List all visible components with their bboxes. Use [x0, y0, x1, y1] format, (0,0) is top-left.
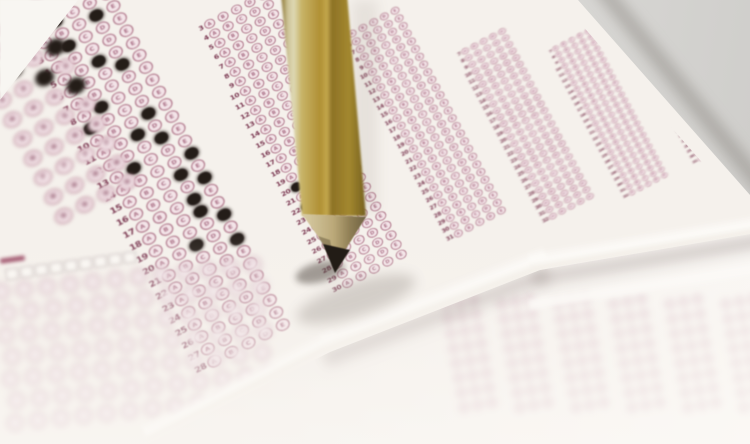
- answer-bubble: C: [648, 29, 655, 36]
- answer-bubble: C: [724, 38, 731, 44]
- second-sheet-bubble: [515, 325, 527, 337]
- id-digit-bubble: 9: [52, 205, 75, 227]
- answer-bubble: B: [720, 46, 727, 52]
- answer-bubble: E: [585, 192, 594, 201]
- answer-bubble: D: [741, 54, 748, 60]
- second-sheet-bubble: [534, 352, 546, 364]
- answer-bubble: A: [661, 88, 668, 95]
- question-number: 9: [698, 34, 704, 40]
- second-sheet-bubble: [557, 328, 569, 340]
- second-sheet-bubble: [473, 323, 485, 335]
- name-grid-bubble: [140, 333, 159, 352]
- answer-bubble: A: [729, 79, 736, 85]
- second-sheet-bubble: [475, 338, 487, 350]
- question-number: 30: [331, 284, 343, 295]
- question-number: 21: [729, 92, 735, 98]
- name-grid-bubble: [52, 409, 71, 428]
- second-sheet-bubble: [705, 367, 717, 379]
- answer-bubble: B: [557, 207, 566, 216]
- answer-bubble: A: [708, 40, 715, 46]
- answer-bubble: E: [743, 40, 750, 46]
- second-sheet-bubble: [682, 402, 694, 414]
- answer-bubble: B: [699, 141, 706, 148]
- question-number: 10: [634, 50, 641, 56]
- question-number: 19: [659, 97, 666, 103]
- second-sheet-bubble: [486, 397, 498, 409]
- answer-bubble: A: [736, 93, 743, 99]
- answer-bubble: D: [652, 176, 660, 184]
- name-grid-bubble: [3, 347, 22, 366]
- answer-bubble: B: [710, 27, 717, 33]
- answer-bubble: B: [746, 94, 750, 100]
- second-sheet-bubble: [651, 382, 663, 394]
- name-grid-bubble: [90, 294, 109, 313]
- answer-bubble: E: [584, 27, 592, 35]
- answer-bubble: E: [698, 88, 705, 95]
- question-number: 27: [680, 138, 687, 144]
- answer-bubble: E: [690, 73, 697, 80]
- answer-bubble: E: [663, 21, 670, 28]
- question-row: 12ABCDE: [706, 24, 750, 55]
- question-number: 26: [678, 133, 685, 139]
- second-sheet-bubble: [579, 370, 591, 382]
- question-number: 26: [742, 116, 748, 122]
- answer-bubble: B: [704, 151, 711, 158]
- name-grid-bubble: [230, 346, 249, 365]
- name-grid-bubble: [145, 377, 164, 396]
- question-number: 8: [628, 40, 635, 46]
- answer-bubble: E: [682, 57, 689, 64]
- second-sheet-bubble: [565, 372, 577, 384]
- second-sheet-bubble: [587, 338, 599, 350]
- name-grid-bubble: [99, 382, 118, 401]
- question-number: 25: [675, 128, 682, 134]
- second-sheet-bubble: [693, 384, 705, 396]
- question-row: 18ABCDE: [721, 53, 750, 84]
- second-sheet-bubble: [624, 387, 636, 399]
- answer-bubble: A: [689, 140, 696, 147]
- name-grid-bubble: [113, 292, 132, 311]
- name-grid-bubble: [30, 389, 49, 408]
- second-sheet-bubble: [738, 402, 750, 414]
- question-number: 24: [737, 106, 743, 112]
- second-sheet-bubble: [710, 397, 722, 409]
- answer-bubble: A: [683, 129, 690, 136]
- question-number: 10: [701, 39, 707, 45]
- second-sheet-bubble: [635, 370, 647, 382]
- question-number: 12: [706, 49, 712, 55]
- answer-bubble: A: [726, 74, 733, 80]
- question-row: 10ABCDE: [701, 15, 750, 46]
- answer-bubble: B: [685, 115, 692, 122]
- answer-bubble: A: [650, 67, 657, 74]
- question-row: 23ABCDE: [734, 77, 750, 108]
- question-number: 16: [716, 68, 722, 74]
- answer-bubble: A: [656, 78, 663, 85]
- second-sheet-bubble: [445, 328, 457, 340]
- name-grid-bubble: [120, 401, 139, 420]
- question-number: 22: [732, 97, 738, 103]
- second-sheet-bubble: [680, 387, 692, 399]
- second-sheet-bubble: [683, 325, 695, 337]
- answer-bubble: A: [714, 50, 721, 56]
- second-sheet-bubble: [654, 397, 666, 409]
- name-grid-bubble: [0, 326, 15, 345]
- answer-bubble: B: [736, 75, 743, 81]
- second-sheet-bubble: [462, 340, 474, 352]
- name-grid-bubble: [6, 413, 25, 432]
- name-grid-box: [20, 266, 34, 279]
- second-sheet-bubble: [696, 399, 708, 411]
- answer-bubble: D: [576, 197, 585, 206]
- answer-bubble: D: [655, 25, 662, 32]
- name-grid-bubble: [49, 343, 68, 362]
- name-grid-bubble: [19, 324, 38, 343]
- question-row: 25ABCDE: [739, 87, 750, 118]
- second-sheet-bubble: [730, 357, 742, 369]
- answer-bubble: A: [678, 119, 685, 126]
- second-sheet-bubble: [643, 338, 655, 350]
- second-sheet-bubble: [667, 313, 679, 325]
- answer-bubble: B: [733, 70, 740, 76]
- second-sheet-bubble: [646, 352, 658, 364]
- second-sheet-bubble: [574, 340, 586, 352]
- answer-bubble: E: [671, 36, 678, 43]
- name-grid-bubble: [15, 280, 34, 299]
- second-sheet-bubble: [512, 311, 524, 323]
- answer-bubble: B: [730, 66, 737, 72]
- answer-bubble: C: [717, 24, 724, 30]
- question-row: 24ABCDE: [736, 82, 750, 113]
- second-sheet-bubble: [697, 323, 709, 335]
- second-sheet-bubble: [456, 387, 468, 399]
- question-row: 11ABCDE: [703, 19, 750, 50]
- question-number: 21: [664, 107, 671, 113]
- answer-bubble: E: [735, 26, 742, 32]
- answer-bubble: B: [741, 85, 748, 91]
- second-sheet-bubble: [598, 397, 610, 409]
- second-sheet-bubble: [736, 311, 748, 323]
- section-header-bar: [0, 255, 25, 263]
- second-sheet-bubble: [518, 340, 530, 352]
- answer-bubble: A: [731, 83, 738, 89]
- answer-bubble: E: [665, 26, 672, 33]
- question-number: 13: [709, 53, 715, 59]
- name-grid-bubble: [138, 355, 157, 374]
- name-grid-bubble: [122, 379, 141, 398]
- second-sheet-bubble: [514, 402, 526, 414]
- answer-bubble: B: [701, 146, 708, 153]
- answer-bubble: E: [740, 36, 747, 42]
- second-sheet-bubble: [694, 308, 706, 320]
- second-sheet-bubble: [692, 293, 704, 305]
- second-sheet-bubble: [632, 355, 644, 367]
- answer-bubble: B: [723, 51, 730, 57]
- name-grid-bubble: [38, 277, 57, 296]
- answer-bubble: B: [743, 90, 750, 96]
- question-number: 12: [639, 61, 646, 67]
- name-grid-bubble: [53, 386, 72, 405]
- id-digit-bubble: 6: [22, 147, 45, 169]
- second-sheet-bubble: [467, 370, 479, 382]
- id-digit-bubble: 7: [53, 155, 76, 177]
- question-number: 23: [734, 101, 740, 107]
- second-sheet-bubble: [702, 352, 714, 364]
- answer-bubble: B: [728, 61, 735, 67]
- second-sheet-bubble: [725, 328, 737, 340]
- name-grid-bubble: [44, 299, 63, 318]
- answer-bubble: C: [651, 34, 658, 41]
- answer-bubble: A: [703, 31, 710, 37]
- question-number: 11: [703, 44, 709, 50]
- question-row: 21ABCDE: [729, 67, 750, 98]
- answer-bubble: E: [679, 52, 686, 59]
- answer-bubble: E: [660, 172, 668, 180]
- answer-bubble: B: [636, 184, 644, 192]
- second-sheet-bubble: [555, 313, 567, 325]
- name-grid-bubble: [94, 338, 113, 357]
- answer-bubble: E: [674, 42, 681, 49]
- second-sheet-bubble: [469, 384, 481, 396]
- name-grid-bubble: [93, 360, 112, 379]
- answer-bubble: C: [727, 43, 734, 49]
- second-sheet-bubble: [630, 340, 642, 352]
- answer-bubble: A: [691, 145, 698, 152]
- answer-bubble: B: [682, 110, 689, 117]
- name-grid-bubble: [111, 314, 130, 333]
- scantron-photo: 1ABCDE2ABCDE3ABCDE4ABCDE5ABCDE6ABCDE7ABC…: [0, 0, 750, 444]
- answer-bubble: A: [548, 212, 557, 221]
- second-sheet-bubble: [593, 367, 605, 379]
- name-grid-bubble: [83, 273, 102, 292]
- name-grid-bubble: [7, 391, 26, 410]
- answer-bubble: D: [726, 25, 733, 31]
- name-grid-bubble: [76, 384, 95, 403]
- answer-bubble: D: [739, 49, 746, 55]
- second-sheet-bubble: [537, 367, 549, 379]
- second-sheet-bubble: [528, 399, 540, 411]
- answer-bubble: C: [567, 202, 576, 211]
- name-grid-bubble: [88, 316, 107, 335]
- question-number: 17: [653, 86, 660, 92]
- answer-bubble: D: [731, 34, 738, 40]
- name-grid-bubble: [29, 411, 48, 430]
- question-row: 15ABCDE: [713, 39, 750, 70]
- name-grid-bubble: [21, 301, 40, 320]
- second-sheet-bubble: [481, 367, 493, 379]
- second-sheet-bubble: [483, 382, 495, 394]
- second-sheet-bubble: [570, 402, 582, 414]
- second-sheet-bubble: [501, 328, 513, 340]
- second-sheet-bubble: [581, 384, 593, 396]
- question-row: 26ABCDE: [741, 91, 750, 122]
- answer-bubble: C: [737, 62, 744, 68]
- question-number: 15: [714, 63, 720, 69]
- second-sheet-bubble: [531, 338, 543, 350]
- second-sheet-bubble: [608, 298, 620, 310]
- second-sheet-bubble: [680, 311, 692, 323]
- answer-bubble: B: [738, 80, 745, 86]
- second-sheet-bubble: [590, 352, 602, 364]
- second-sheet-bubble: [691, 370, 703, 382]
- name-grid-bubble: [0, 282, 11, 301]
- name-grid-bubble: [26, 345, 45, 364]
- second-sheet-bubble: [626, 402, 638, 414]
- answer-bubble: B: [688, 120, 695, 127]
- answer-bubble: A: [739, 98, 746, 104]
- second-sheet-bubble: [595, 382, 607, 394]
- question-number: 11: [637, 55, 644, 61]
- second-sheet-bubble: [723, 313, 735, 325]
- question-row: 22ABCDE: [731, 72, 750, 103]
- second-sheet-bubble: [621, 372, 633, 384]
- second-sheet-bubble: [699, 338, 711, 350]
- answer-bubble: A: [719, 59, 726, 65]
- id-digit-bubble: 8: [63, 175, 86, 197]
- answer-bubble: A: [694, 150, 701, 157]
- second-sheet-bubble: [672, 343, 684, 355]
- answer-bubble: A: [653, 72, 660, 79]
- question-number: 13: [642, 66, 649, 72]
- second-sheet-bubble: [728, 343, 740, 355]
- answer-bubble: E: [738, 31, 745, 37]
- second-sheet-bubble: [638, 308, 650, 320]
- answer-bubble: B: [677, 100, 684, 107]
- second-sheet-bubble: [739, 325, 750, 337]
- answer-bubble: B: [696, 136, 703, 143]
- name-grid-bubble: [61, 275, 80, 294]
- question-number: 19: [724, 82, 730, 88]
- answer-bubble: A: [744, 107, 750, 113]
- second-sheet-bubble: [678, 296, 690, 308]
- second-sheet-bubble: [686, 340, 698, 352]
- answer-bubble: A: [628, 189, 636, 197]
- name-grid-bubble: [97, 404, 116, 423]
- question-number: 31: [445, 234, 455, 243]
- answer-bubble: B: [679, 105, 686, 112]
- second-sheet-bubble: [499, 313, 511, 325]
- second-sheet-bubble: [669, 328, 681, 340]
- second-sheet-bubble: [464, 355, 476, 367]
- question-number: 27: [744, 121, 750, 127]
- second-sheet-bubble: [450, 357, 462, 369]
- second-sheet-bubble: [734, 296, 746, 308]
- answer-bubble: B: [718, 41, 725, 47]
- question-number: 22: [667, 112, 674, 118]
- name-grid-bubble: [134, 312, 153, 331]
- answer-bubble: D: [734, 39, 741, 45]
- answer-bubble: A: [697, 155, 704, 162]
- question-row: 28ABCDE: [747, 101, 750, 132]
- id-digit-bubble: 7: [32, 167, 55, 189]
- answer-bubble: E: [745, 45, 750, 51]
- answer-bubble: D: [666, 45, 673, 52]
- answer-bubble: D: [658, 30, 665, 37]
- answer-bubble: C: [732, 52, 739, 58]
- id-digit-bubble: 4: [1, 109, 24, 131]
- answer-bubble: D: [729, 30, 736, 36]
- second-sheet-bubble: [736, 387, 748, 399]
- answer-bubble: B: [690, 125, 697, 132]
- answer-bubble: A: [672, 109, 679, 116]
- second-sheet-bubble: [733, 372, 745, 384]
- name-grid-bubble: [24, 367, 43, 386]
- answer-bubble: B: [715, 37, 722, 43]
- second-sheet-bubble: [571, 325, 583, 337]
- question-number: 14: [711, 58, 717, 64]
- answer-bubble: A: [686, 134, 693, 141]
- name-grid-bubble: [65, 319, 84, 338]
- second-sheet-bubble: [576, 355, 588, 367]
- answer-bubble: D: [661, 35, 668, 42]
- question-number: 14: [645, 71, 652, 77]
- name-grid-bubble: [1, 370, 20, 389]
- id-digit-bubble: 9: [73, 194, 96, 216]
- second-sheet-bubble: [525, 384, 537, 396]
- question-number: 20: [726, 87, 732, 93]
- second-sheet-bubble: [562, 357, 574, 369]
- second-sheet-bubble: [688, 355, 700, 367]
- second-sheet-bubble: [640, 399, 652, 411]
- question-row: 9ABCDE: [698, 10, 750, 41]
- id-digit-bubble: 8: [42, 186, 65, 208]
- second-sheet-bubble: [520, 355, 532, 367]
- answer-bubble: A: [711, 45, 718, 51]
- second-sheet-bubble: [512, 387, 524, 399]
- question-number: 18: [656, 92, 663, 98]
- question-number: 17: [719, 73, 725, 79]
- name-grid-bubble: [67, 296, 86, 315]
- id-digit-bubble: 5: [32, 117, 55, 139]
- second-sheet-bubble: [458, 402, 470, 414]
- answer-bubble: C: [706, 137, 713, 144]
- answer-bubble: D: [672, 56, 679, 63]
- answer-bubble: B: [693, 131, 700, 138]
- second-sheet-bubble: [459, 325, 471, 337]
- name-grid-box: [108, 253, 122, 266]
- second-sheet-bubble: [627, 325, 639, 337]
- answer-bubble: D: [736, 44, 743, 50]
- second-sheet-bubble: [448, 343, 460, 355]
- answer-bubble: A: [675, 114, 682, 121]
- answer-bubble: A: [664, 93, 671, 100]
- second-sheet-bubble: [742, 340, 750, 352]
- answer-bubble: D: [677, 66, 684, 73]
- answer-bubble: E: [668, 31, 675, 38]
- second-sheet-bubble: [674, 357, 686, 369]
- second-sheet-bubble: [523, 370, 535, 382]
- answer-bubble: A: [667, 98, 674, 105]
- name-grid-bubble: [74, 406, 93, 425]
- question-row: 13ABCDE: [708, 29, 750, 60]
- id-digit-bubble: 6: [43, 136, 66, 158]
- second-sheet-bubble: [526, 308, 538, 320]
- question-number: 24: [672, 123, 679, 129]
- name-grid-box: [64, 259, 78, 272]
- second-sheet-bubble: [616, 343, 628, 355]
- second-sheet-bubble: [613, 328, 625, 340]
- second-sheet-bubble: [622, 296, 634, 308]
- answer-bubble: A: [716, 55, 723, 61]
- name-grid-bubble: [117, 335, 136, 354]
- answer-bubble: D: [664, 40, 671, 47]
- question-number: 18: [721, 77, 727, 83]
- answer-bubble: A: [706, 35, 713, 41]
- second-sheet-bubble: [506, 357, 518, 369]
- question-row: 27ABCDE: [744, 96, 750, 127]
- answer-bubble: C: [735, 57, 742, 63]
- answer-bubble: C: [709, 142, 716, 149]
